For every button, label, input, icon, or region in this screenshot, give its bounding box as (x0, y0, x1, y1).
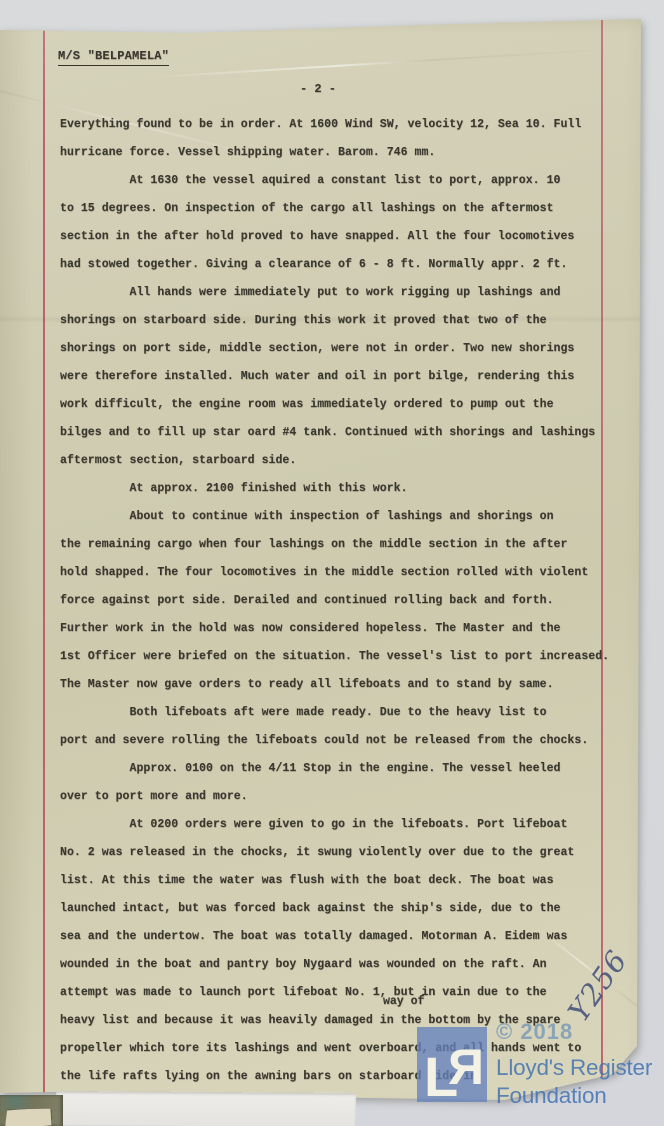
typed-line: launched intact, but was forced back aga… (60, 895, 620, 923)
typed-line: wounded in the boat and pantry boy Nygaa… (60, 951, 620, 979)
copyright-watermark: © 2018 (496, 1019, 573, 1045)
typed-line: aftermost section, starboard side. (60, 447, 620, 475)
typed-line: 1st Officer were briefed on the situatio… (60, 643, 620, 671)
foundation-wordmark-line1: Lloyd's Register (496, 1054, 652, 1082)
vessel-title: M/S "BELPAMELA" (58, 49, 169, 66)
document-page-wrap: M/S "BELPAMELA" - 2 - Everything found t… (0, 0, 664, 1126)
svg-text:R: R (448, 1039, 484, 1095)
typed-line: Everything found to be in order. At 1600… (60, 111, 620, 139)
typed-line: Both lifeboats aft were made ready. Due … (60, 699, 620, 727)
typed-line: section in the after hold proved to have… (60, 223, 620, 251)
typed-line: work difficult, the engine room was imme… (60, 391, 620, 419)
typed-line: hold shapped. The four locomotives in th… (60, 559, 620, 587)
document-page: M/S "BELPAMELA" - 2 - Everything found t… (0, 0, 664, 1126)
typed-line: over to port more and more. (60, 783, 620, 811)
typed-line: shorings on port side, middle section, w… (60, 335, 620, 363)
typed-line: to 15 degrees. On inspection of the carg… (60, 195, 620, 223)
scanned-document: { "doc": { "title": "M/S \"BELPAMELA\"",… (0, 0, 664, 1126)
typed-line: sea and the undertow. The boat was total… (60, 923, 620, 951)
typed-line: Further work in the hold was now conside… (60, 615, 620, 643)
typed-line: force against port side. Derailed and co… (60, 587, 620, 615)
typed-line: The Master now gave orders to ready all … (60, 671, 620, 699)
typed-line: bilges and to fill up star oard #4 tank.… (60, 419, 620, 447)
typed-line: About to continue with inspection of las… (60, 503, 620, 531)
foundation-wordmark: Lloyd's Register Foundation (496, 1054, 652, 1110)
typed-line: attempt was made to launch port lifeboat… (60, 979, 620, 1007)
page-number: - 2 - (258, 82, 378, 96)
typed-line: the remaining cargo when four lashings o… (60, 531, 620, 559)
typed-body: Everything found to be in order. At 1600… (60, 111, 620, 1091)
typed-line: At 1630 the vessel aquired a constant li… (60, 167, 620, 195)
left-margin-line (43, 0, 45, 1096)
foundation-wordmark-line2: Foundation (496, 1082, 652, 1110)
corner-fragment (0, 1095, 63, 1126)
typed-line: list. At this time the water was flush w… (60, 867, 620, 895)
typed-line: had stowed together. Giving a clearance … (60, 251, 620, 279)
interline-insertion: way of (383, 995, 424, 1008)
typed-line: Approx. 0100 on the 4/11 Stop in the eng… (60, 755, 620, 783)
lloyds-register-logo-icon: L R (417, 1027, 487, 1102)
typed-line: shorings on starboard side. During this … (60, 307, 620, 335)
typed-line: hurricane force. Vessel shipping water. … (60, 139, 620, 167)
typed-line: were therefore installed. Much water and… (60, 363, 620, 391)
corner-fragment-paper (3, 1106, 52, 1126)
typed-line: At 0200 orders were given to go in the l… (60, 811, 620, 839)
typed-line: All hands were immediately put to work r… (60, 279, 620, 307)
typed-line: No. 2 was released in the chocks, it swu… (60, 839, 620, 867)
paper-crease (150, 48, 619, 79)
underlying-sheet (56, 1091, 356, 1126)
typed-line: port and severe rolling the lifeboats co… (60, 727, 620, 755)
lr-monogram-icon: L R (417, 1027, 487, 1102)
typed-line: At approx. 2100 finished with this work. (60, 475, 620, 503)
